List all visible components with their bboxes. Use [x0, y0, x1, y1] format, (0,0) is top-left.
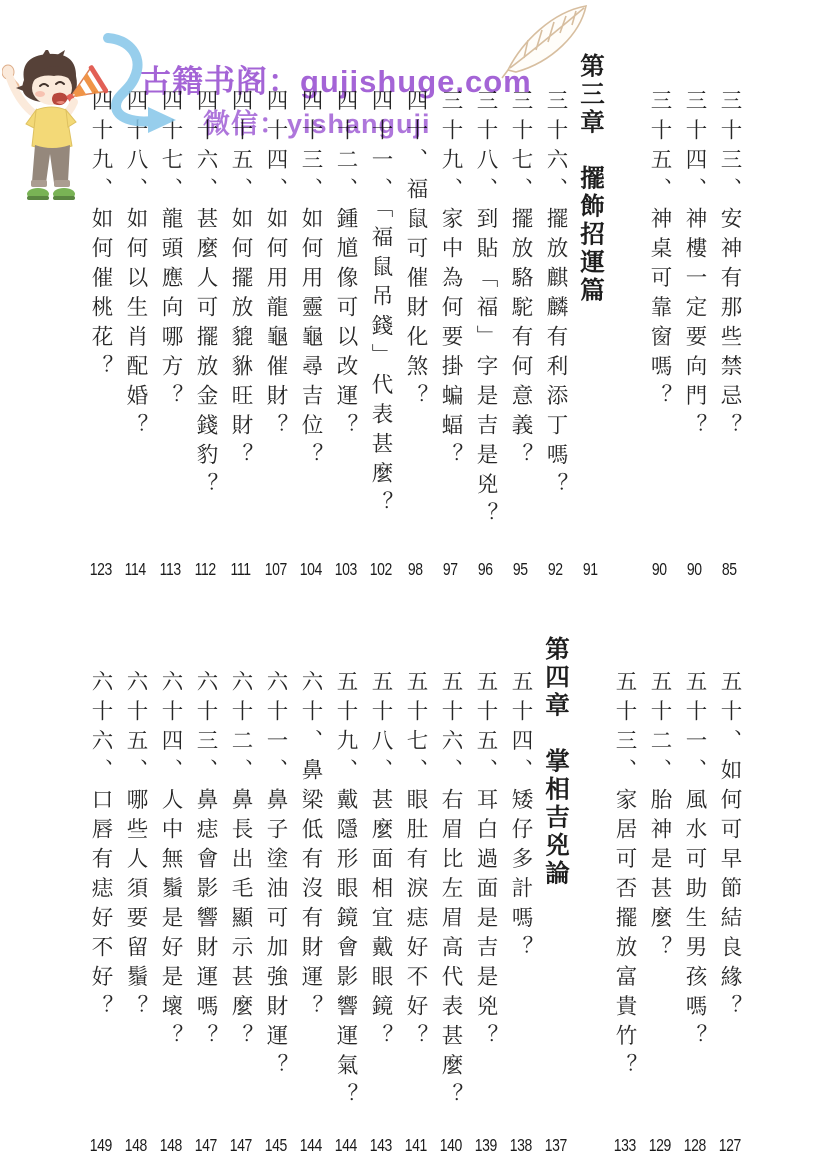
toc-entry-column: 六十一、鼻子塗油可加強財運？ 145 [258, 636, 293, 1156]
toc-text: 六十五、哪些人須要留鬚？ [118, 636, 153, 1024]
page-number: 104 [299, 561, 321, 581]
toc-text: 五十一、風水可助生男孩嗎？ [677, 636, 712, 1054]
page-number: 145 [264, 1137, 286, 1157]
toc-text: 六十六、口唇有痣好不好？ [83, 636, 118, 1024]
page-number: 144 [334, 1137, 356, 1157]
page-number: 140 [439, 1137, 461, 1157]
watermark-site-text: 古籍书阁：gujishuge.com [140, 56, 532, 101]
page-number: 107 [264, 561, 286, 581]
page-number: 147 [194, 1137, 216, 1157]
toc-entry-column: 五十四、矮仔多計嗎？ 138 [503, 636, 538, 1156]
page-number: 141 [404, 1137, 426, 1157]
toc-text: 六十二、鼻長出毛顯示甚麼？ [223, 636, 258, 1054]
toc-entry-column: 五十七、眼肚有淚痣好不好？ 141 [398, 636, 433, 1156]
toc-entry-column: 三十五、神桌可靠窗嗎？ 90 [642, 53, 677, 580]
toc-text: 三十四、神樓一定要向門？ [677, 53, 712, 443]
toc-text: 五十七、眼肚有淚痣好不好？ [398, 636, 433, 1054]
toc-entry-column: 五十八、甚麼面相宜戴眼鏡？ 143 [363, 636, 398, 1156]
page-number: 137 [544, 1137, 566, 1157]
page-number: 85 [722, 561, 737, 581]
toc-text: 五十、如何可早節結良緣？ [712, 636, 747, 1024]
toc-entry-column: 三十三、安神有那些禁忌？ 85 [712, 53, 747, 580]
scanned-toc-page: 古籍书阁：gujishuge.com 微信：yishanguji 三十三、安神有… [0, 0, 833, 1176]
page-number: 138 [509, 1137, 531, 1157]
toc-entry-column: 六十三、鼻痣會影響財運嗎？ 147 [188, 636, 223, 1156]
page-number: 102 [369, 561, 391, 581]
page-number: 97 [443, 561, 458, 581]
toc-text: 六十、鼻梁低有沒有財運？ [293, 636, 328, 1024]
chapter-title-column: 第三章 擺飾招運篇 91 [573, 53, 608, 580]
toc-text: 三十五、神桌可靠窗嗎？ [642, 53, 677, 414]
page-number: 147 [229, 1137, 251, 1157]
toc-entry-column: 五十二、胎神是甚麼？ 129 [642, 636, 677, 1156]
toc-text: 三十三、安神有那些禁忌？ [712, 53, 747, 443]
toc-entry-column: 三十四、神樓一定要向門？ 90 [677, 53, 712, 580]
page-number: 90 [652, 561, 667, 581]
page-number: 129 [648, 1137, 670, 1157]
toc-text: 五十九、戴隱形眼鏡會影響運氣？ [328, 636, 363, 1113]
toc-text: 三十八、到貼「福」字是吉是兇？ [468, 53, 503, 532]
toc-text: 六十一、鼻子塗油可加強財運？ [258, 636, 293, 1083]
page-number: 148 [124, 1137, 146, 1157]
page-number: 133 [613, 1137, 635, 1157]
toc-entry-column: 六十四、人中無鬚是好是壞？ 148 [153, 636, 188, 1156]
toc-text: 五十八、甚麼面相宜戴眼鏡？ [363, 636, 398, 1054]
toc-entry-column: 五十五、耳白過面是吉是兇？ 139 [468, 636, 503, 1156]
page-number: 149 [89, 1137, 111, 1157]
page-number: 112 [195, 561, 216, 581]
toc-entry-column: 五十一、風水可助生男孩嗎？ 128 [677, 636, 712, 1156]
page-number: 91 [583, 561, 598, 581]
page-number: 95 [513, 561, 528, 581]
page-number: 127 [718, 1137, 740, 1157]
toc-entry-column: 六十、鼻梁低有沒有財運？ 144 [293, 636, 328, 1156]
leaf-sketch-icon [494, 0, 598, 80]
page-number: 144 [299, 1137, 321, 1157]
toc-text: 六十三、鼻痣會影響財運嗎？ [188, 636, 223, 1054]
toc-entry-column: 五十六、右眉比左眉高代表甚麼？ 140 [433, 636, 468, 1156]
toc-entry-column: 五十三、家居可否擺放富貴竹？ 133 [607, 636, 642, 1156]
toc-entry-column: 三十七、擺放駱駝有何意義？ 95 [503, 53, 538, 580]
toc-text: 第三章 擺飾招運篇 [573, 53, 608, 305]
toc-text: 第四章 掌相吉兇論 [538, 636, 573, 888]
page-number: 148 [159, 1137, 181, 1157]
toc-text: 三十六、擺放麒麟有利添丁嗎？ [538, 53, 573, 502]
page-number: 114 [125, 561, 146, 581]
page-number: 90 [687, 561, 702, 581]
page-number: 113 [160, 561, 181, 581]
toc-entry-column: 六十二、鼻長出毛顯示甚麼？ 147 [223, 636, 258, 1156]
toc-text: 三十九、家中為何要掛蝙蝠？ [433, 53, 468, 473]
toc-row: 五十、如何可早節結良緣？ 127 五十一、風水可助生男孩嗎？ 128 五十二、胎… [84, 636, 747, 1156]
page-number: 96 [478, 561, 493, 581]
megaphone-kid-icon [2, 50, 108, 206]
page-number: 98 [408, 561, 423, 581]
toc-entry-column: 三十九、家中為何要掛蝙蝠？ 97 [433, 53, 468, 580]
toc-entry-column: 五十、如何可早節結良緣？ 127 [712, 636, 747, 1156]
toc-text: 六十四、人中無鬚是好是壞？ [153, 636, 188, 1054]
page-number: 139 [474, 1137, 496, 1157]
toc-entry-column: 三十八、到貼「福」字是吉是兇？ 96 [468, 53, 503, 580]
page-number: 143 [369, 1137, 391, 1157]
page-number: 92 [548, 561, 563, 581]
chapter-title-column: 第四章 掌相吉兇論 137 [538, 636, 573, 1156]
page-number: 111 [230, 561, 250, 581]
toc-section-chapter4: 五十、如何可早節結良緣？ 127 五十一、風水可助生男孩嗎？ 128 五十二、胎… [84, 636, 747, 1156]
toc-entry-column: 六十五、哪些人須要留鬚？ 148 [118, 636, 153, 1156]
toc-text: 五十六、右眉比左眉高代表甚麼？ [433, 636, 468, 1113]
watermark-wechat-text: 微信：yishanguji [203, 102, 431, 141]
page-number: 128 [683, 1137, 705, 1157]
blue-swoosh-arrow-icon [94, 28, 184, 138]
toc-entry-column: 五十九、戴隱形眼鏡會影響運氣？ 144 [328, 636, 363, 1156]
toc-text: 五十三、家居可否擺放富貴竹？ [607, 636, 642, 1083]
toc-text: 五十二、胎神是甚麼？ [642, 636, 677, 965]
toc-entry-column: 三十六、擺放麒麟有利添丁嗎？ 92 [538, 53, 573, 580]
page-number: 123 [89, 561, 111, 581]
toc-text: 五十四、矮仔多計嗎？ [503, 636, 538, 965]
toc-text: 三十七、擺放駱駝有何意義？ [503, 53, 538, 473]
page-number: 103 [334, 561, 356, 581]
toc-entry-column: 六十六、口唇有痣好不好？ 149 [83, 636, 118, 1156]
toc-text: 五十五、耳白過面是吉是兇？ [468, 636, 503, 1054]
